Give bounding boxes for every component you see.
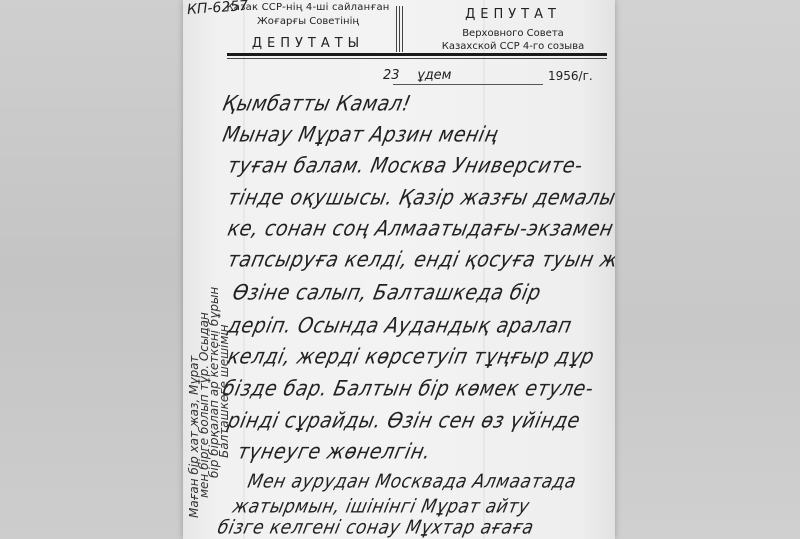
- letterhead-divider: [396, 6, 404, 52]
- handwritten-line: бізге келгені сонау Мұхтар ағаға: [216, 517, 536, 539]
- handwritten-line: ке, сонан соң Алмаатыдағы-экзамен: [225, 217, 615, 242]
- letterhead-kazakh: Казак ССР-нің 4-ші сайланған Жоғарғы Сов…: [223, 2, 393, 51]
- letterhead-russian-line3: Казахской ССР 4-го созыва: [418, 41, 608, 52]
- letterhead-russian-title: ДЕПУТАТ: [418, 7, 608, 22]
- handwritten-line: бізде бар. Балтын бір көмек етуле-: [220, 377, 595, 402]
- letterhead-russian-line2: Верховного Совета: [418, 28, 608, 39]
- handwritten-line: деріп. Осында Аудандық аралап: [225, 314, 574, 339]
- handwritten-line: рінді сұрайды. Өзін сен өз үйінде: [225, 409, 582, 434]
- letterhead-rule-thick: [227, 53, 607, 56]
- handwritten-line: Мынау Мұрат Арзин менің: [220, 123, 500, 148]
- handwritten-line: келді, жерді көрсетуіп тұңғыр дұр: [225, 345, 596, 370]
- handwritten-line: туған балам. Москва Университе-: [225, 154, 585, 179]
- date-year: 1956/г.: [548, 69, 593, 83]
- background-left: [0, 0, 183, 539]
- background-right: [615, 0, 800, 539]
- handwritten-line: Мен аурудан Москвада Алмаатада: [246, 471, 579, 493]
- handwritten-line: түнеуге жөнелгін.: [235, 440, 433, 465]
- letterhead-kazakh-line2: Жоғарғы Советінің: [223, 16, 393, 27]
- handwritten-line: Қымбатты Камал!: [220, 92, 413, 117]
- handwritten-line: жатырмын, ішінінгі Мұрат айту: [231, 496, 532, 518]
- letter-page: Казак ССР-нің 4-ші сайланған Жоғарғы Сов…: [183, 0, 615, 539]
- handwritten-line: Өзіне салып, Балташкеда бір: [230, 281, 543, 306]
- letterhead-russian: ДЕПУТАТ Верховного Совета Казахской ССР …: [418, 7, 608, 52]
- date-line: 23 ұдем 1956/г.: [383, 68, 608, 88]
- date-underline: [393, 84, 543, 85]
- letterhead-kazakh-title: ДЕПУТАТЫ: [223, 36, 393, 51]
- date-month: ұдем: [417, 68, 452, 83]
- margin-note: Маған бір хат жаз, Мұратмен бірге болып …: [187, 88, 227, 528]
- letterhead-rule-thin: [227, 58, 607, 59]
- handwritten-line: тінде оқушысы. Қазір жазғы демалыс-: [225, 186, 615, 211]
- date-day: 23: [383, 68, 400, 83]
- margin-note-line: Балташкеге шешімін: [217, 324, 231, 458]
- handwritten-line: тапсыруға келді, енді қосуға туын жазу: [225, 248, 615, 273]
